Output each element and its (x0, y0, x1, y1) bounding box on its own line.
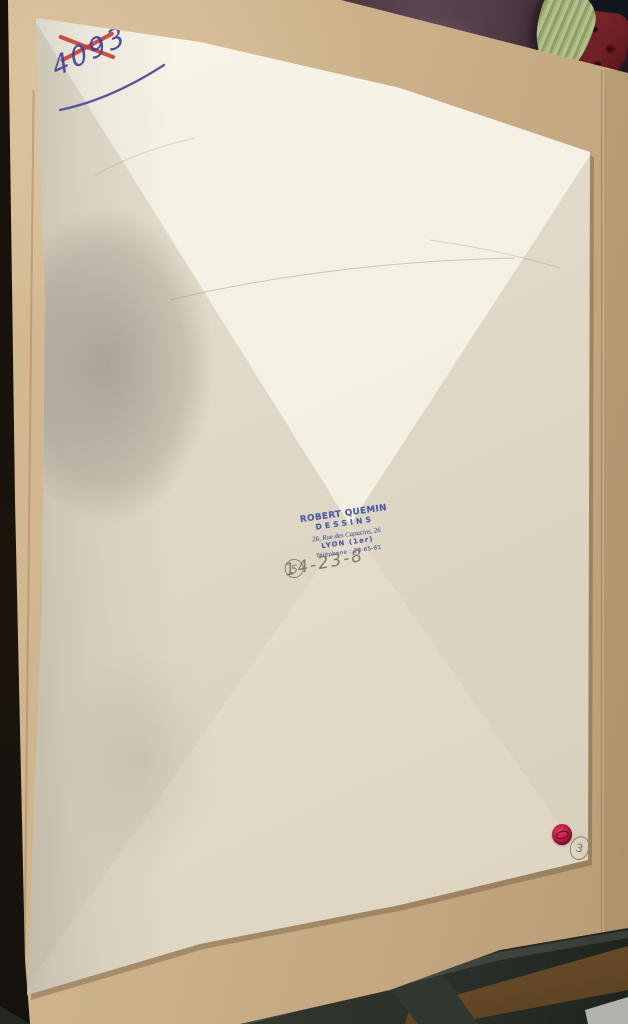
cardboard-edge-line (23, 90, 34, 970)
paper-sheet-verso: 4093 ROBERT QUEMIN DESSINS 26, Rue des C… (0, 0, 628, 1024)
ink-underline-stroke (56, 60, 168, 116)
pencil-stock-number: 14-23-8 5 (283, 557, 305, 579)
sticker-scribble (555, 830, 570, 841)
photo-verso-of-drawing: TL45.2014.23 4093 ROBERT QUEMIN DESSINS … (0, 0, 628, 1024)
cardboard-fold-shade (604, 70, 628, 932)
red-dot-sticker (552, 824, 572, 845)
